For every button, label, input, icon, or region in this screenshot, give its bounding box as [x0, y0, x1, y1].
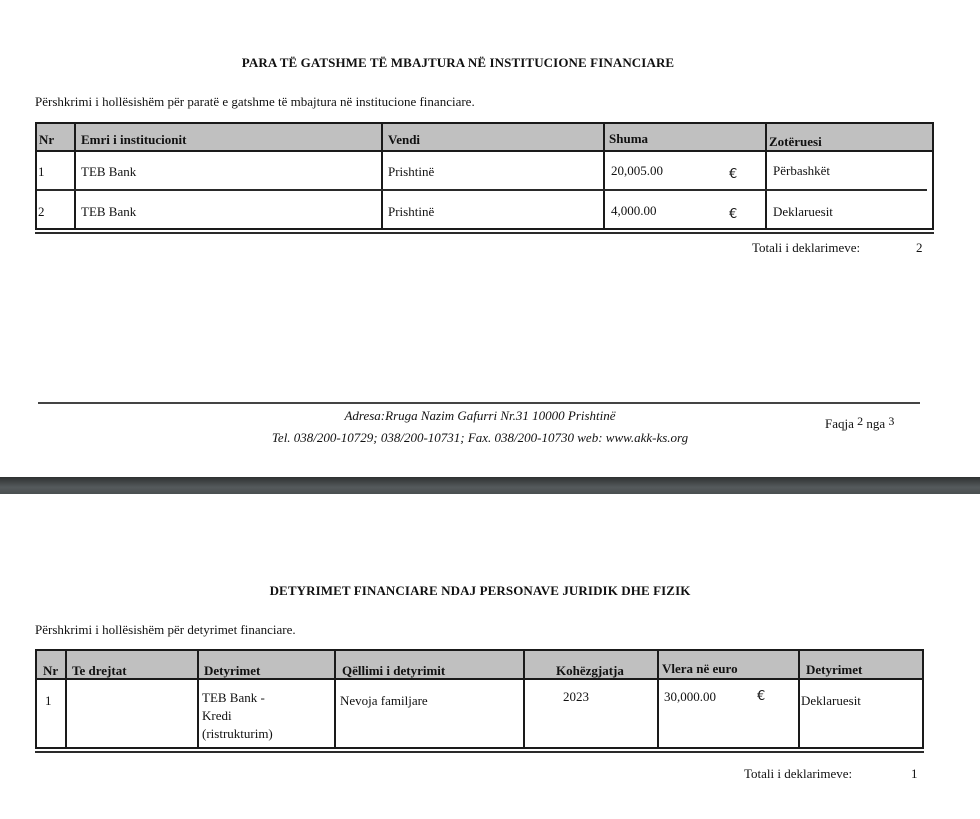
liabilities-table: Nr Te drejtat Detyrimet Qëllimi i detyri…	[35, 649, 924, 749]
page-label: Faqja	[825, 416, 854, 431]
section-title-liabilities: DETYRIMET FINANCIARE NDAJ PERSONAVE JURI…	[0, 583, 960, 599]
cell-nr: 2	[38, 204, 45, 220]
total-label: Totali i deklarimeve:	[752, 240, 860, 256]
euro-icon: €	[729, 207, 737, 222]
euro-icon: €	[757, 689, 765, 704]
header-obligations: Detyrimet	[204, 663, 260, 679]
cell-purpose: Nevoja familjare	[340, 693, 428, 709]
total-label: Totali i deklarimeve:	[744, 766, 852, 782]
table-header-row	[37, 651, 922, 680]
footer-divider	[38, 402, 920, 404]
total-value: 1	[911, 766, 918, 782]
header-institution: Emri i institucionit	[81, 132, 186, 148]
page-of: nga	[866, 416, 885, 431]
header-nr: Nr	[39, 132, 54, 148]
cell-duration: 2023	[563, 689, 589, 705]
cell-holder: Deklaruesit	[801, 693, 861, 709]
cell-nr: 1	[38, 164, 45, 180]
header-value: Vlera në euro	[662, 661, 738, 677]
section-description-cash: Përshkrimi i hollësishëm për paratë e ga…	[35, 94, 475, 110]
cell-place: Prishtinë	[388, 204, 434, 220]
table-bottom-rule	[35, 232, 934, 234]
cash-table: Nr Emri i institucionit Vendi Shuma Zotë…	[35, 122, 934, 230]
page-separator	[0, 477, 980, 494]
cell-owner: Deklaruesit	[773, 204, 833, 220]
header-amount: Shuma	[609, 131, 648, 147]
section-title-cash: PARA TË GATSHME TË MBAJTURA NË INSTITUCI…	[0, 55, 916, 71]
footer-contact: Tel. 038/200-10729; 038/200-10731; Fax. …	[0, 430, 960, 446]
header-rights: Te drejtat	[72, 663, 127, 679]
cell-amount: 4,000.00	[611, 203, 657, 219]
cell-owner: Përbashkët	[773, 163, 830, 179]
cell-nr: 1	[45, 693, 52, 709]
cell-institution: TEB Bank	[81, 164, 136, 180]
header-purpose: Qëllimi i detyrimit	[342, 663, 445, 679]
cell-place: Prishtinë	[388, 164, 434, 180]
header-holder: Detyrimet	[806, 662, 862, 678]
page-total: 3	[888, 414, 894, 428]
header-duration: Kohëzgjatja	[556, 663, 624, 679]
cell-obligation: TEB Bank - Kredi (ristrukturim)	[202, 689, 273, 743]
cell-amount: 20,005.00	[611, 163, 663, 179]
header-owner: Zotëruesi	[769, 134, 822, 150]
page-indicator: Faqja 2 nga 3	[825, 414, 894, 432]
footer-address: Adresa:Rruga Nazim Gafurri Nr.31 10000 P…	[0, 408, 960, 424]
header-nr: Nr	[43, 663, 58, 679]
section-description-liabilities: Përshkrimi i hollësishëm për detyrimet f…	[35, 622, 296, 638]
cell-institution: TEB Bank	[81, 204, 136, 220]
total-value: 2	[916, 240, 923, 256]
page-current: 2	[857, 414, 863, 428]
table-bottom-rule	[35, 751, 924, 753]
cell-value: 30,000.00	[664, 689, 716, 705]
header-place: Vendi	[388, 132, 420, 148]
euro-icon: €	[729, 167, 737, 182]
